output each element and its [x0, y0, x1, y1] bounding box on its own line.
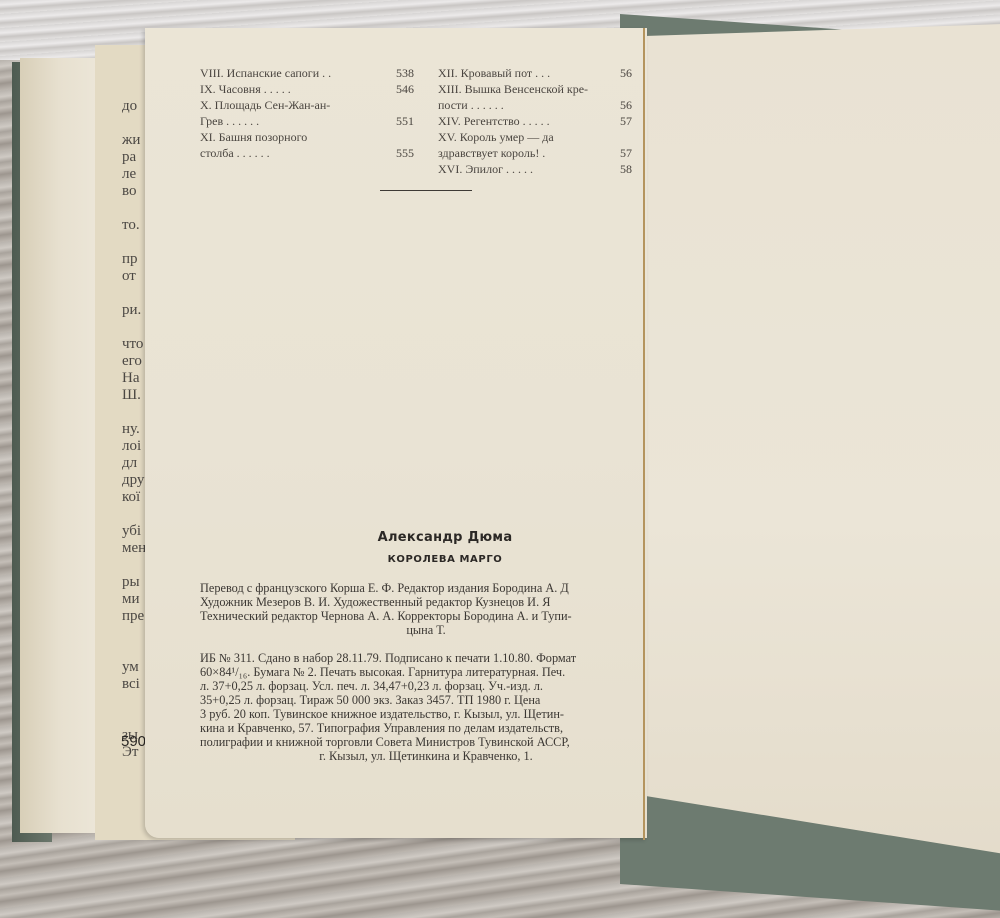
toc-entry-page: 57	[620, 114, 648, 130]
toc-entry: столба . . . . . .555	[200, 146, 424, 162]
toc-entry: VIII. Испанские сапоги . .538	[200, 66, 424, 82]
toc-entry-page	[620, 82, 648, 98]
toc-entry-title: XIV. Регентство . . . . .	[438, 114, 620, 130]
toc-entry-title: XIII. Вышка Венсенской кре-	[438, 82, 620, 98]
colophon-line: Художник Мезеров В. И. Художественный ре…	[200, 595, 652, 609]
toc-entry-page: 551	[396, 114, 424, 130]
toc-entry-page: 58	[620, 162, 648, 178]
toc-entry: XIII. Вышка Венсенской кре-	[438, 82, 648, 98]
colophon-line: кина и Кравченко, 57. Типография Управле…	[200, 721, 652, 735]
toc-entry-page	[620, 130, 648, 146]
toc-entry: XV. Король умер — да	[438, 130, 648, 146]
colophon-line: г. Кызыл, ул. Щетинкина и Кравченко, 1.	[200, 749, 652, 763]
toc-entry-page: 538	[396, 66, 424, 82]
toc-entry: IX. Часовня . . . . .546	[200, 82, 424, 98]
toc-entry-title: здравствует король! .	[438, 146, 620, 162]
toc-entry: Грев . . . . . .551	[200, 114, 424, 130]
toc-entry-title: XVI. Эпилог . . . . .	[438, 162, 620, 178]
toc-entry-title: XII. Кровавый пот . . .	[438, 66, 620, 82]
toc-entry: X. Площадь Сен-Жан-ан-	[200, 98, 424, 114]
colophon-credits: Перевод с французского Корша Е. Ф. Редак…	[200, 581, 652, 637]
separator-rule	[380, 190, 472, 191]
toc-entry-title: XI. Башня позорного	[200, 130, 396, 146]
toc-entry: пости . . . . . .56	[438, 98, 648, 114]
book-author: Александр Дюма	[345, 530, 545, 545]
toc-entry-title: столба . . . . . .	[200, 146, 396, 162]
toc-entry-title: VIII. Испанские сапоги . .	[200, 66, 396, 82]
colophon-line: Перевод с французского Корша Е. Ф. Редак…	[200, 581, 652, 595]
blank-endpaper-right	[645, 24, 1000, 854]
toc-entry-page: 57	[620, 146, 648, 162]
colophon-line: 35+0,25 л. форзац. Тираж 50 000 экз. Зак…	[200, 693, 652, 707]
toc-entry: XII. Кровавый пот . . .56	[438, 66, 648, 82]
toc-entry: здравствует король! .57	[438, 146, 648, 162]
toc-entry-page	[396, 98, 424, 114]
toc-entry-title: пости . . . . . .	[438, 98, 620, 114]
toc-entry: XVI. Эпилог . . . . .58	[438, 162, 648, 178]
colophon-line: Технический редактор Чернова А. А. Корре…	[200, 609, 652, 623]
toc-entry-page: 56	[620, 66, 648, 82]
colophon-line: ИБ № 311. Сдано в набор 28.11.79. Подпис…	[200, 651, 652, 665]
toc-entry-page: 555	[396, 146, 424, 162]
table-of-contents-right-column: XII. Кровавый пот . . .56XIII. Вышка Вен…	[438, 66, 648, 178]
toc-entry-page: 56	[620, 98, 648, 114]
book-title: КОРОЛЕВА МАРГО	[345, 554, 545, 565]
toc-entry-title: XV. Король умер — да	[438, 130, 620, 146]
toc-entry: XIV. Регентство . . . . .57	[438, 114, 648, 130]
toc-entry-page: 546	[396, 82, 424, 98]
colophon-line: 60×84¹/₁₆. Бумага № 2. Печать высокая. Г…	[200, 665, 652, 679]
colophon-line: л. 37+0,25 л. форзац. Усл. печ. л. 34,47…	[200, 679, 652, 693]
page-number: 590	[121, 733, 146, 750]
colophon-line: полиграфии и книжной торговли Совета Мин…	[200, 735, 652, 749]
table-of-contents-left-column: VIII. Испанские сапоги . .538IX. Часовня…	[200, 66, 424, 162]
toc-entry-title: X. Площадь Сен-Жан-ан-	[200, 98, 396, 114]
toc-entry: XI. Башня позорного	[200, 130, 424, 146]
colophon-line: цына Т.	[200, 623, 652, 637]
toc-entry-page	[396, 130, 424, 146]
toc-entry-title: IX. Часовня . . . . .	[200, 82, 396, 98]
colophon-line: 3 руб. 20 коп. Тувинское книжное издател…	[200, 707, 652, 721]
toc-entry-title: Грев . . . . . .	[200, 114, 396, 130]
colophon-imprint: ИБ № 311. Сдано в набор 28.11.79. Подпис…	[200, 651, 652, 763]
